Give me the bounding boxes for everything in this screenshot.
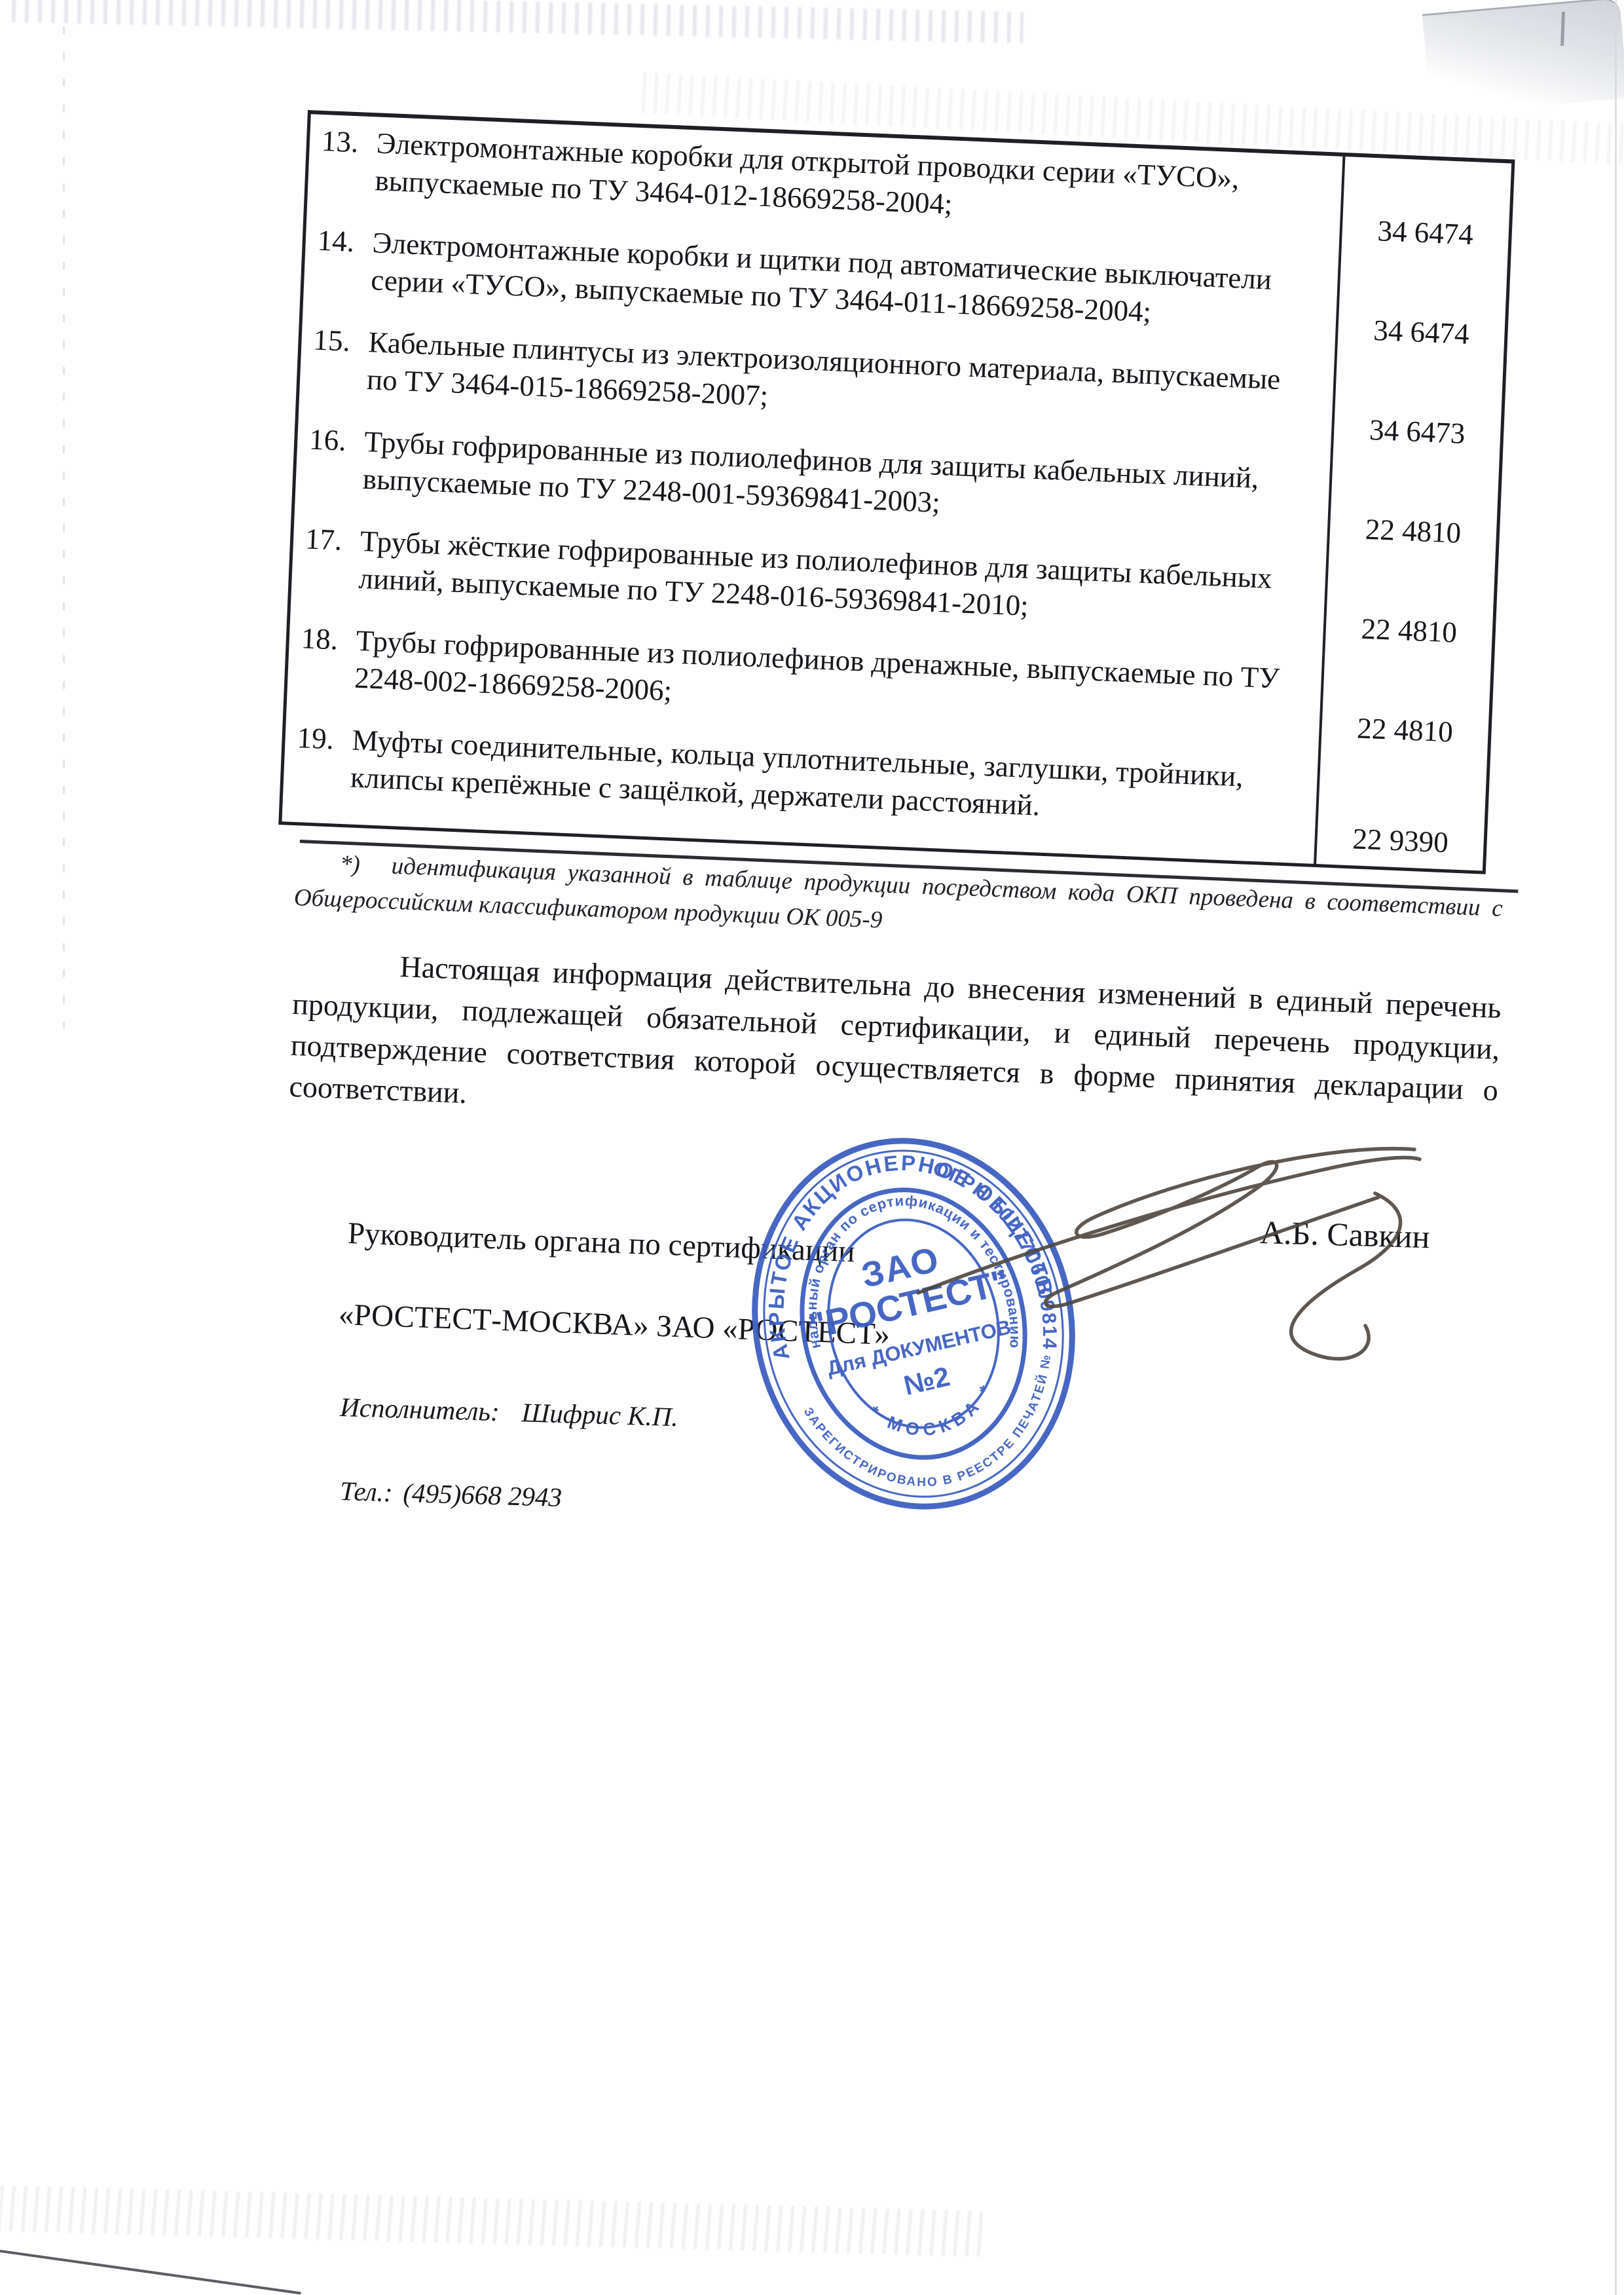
okp-table-body: 13. Электромонтажные коробки для открыто… [282, 114, 1511, 870]
footnote-marker: *) [339, 851, 360, 878]
row-number: 16. [306, 421, 365, 515]
okp-code-cell: 34 6473 [1331, 356, 1504, 462]
scan-edge-bottom [0, 2249, 301, 2294]
scan-noise-top [12, 0, 1024, 43]
okp-code: 34 6473 [1369, 411, 1466, 453]
scan-tick-mark [1560, 12, 1565, 46]
okp-code-cell: 22 4810 [1322, 554, 1495, 660]
row-number: 14. [314, 222, 373, 316]
executor-name: Шифрис К.П. [521, 1397, 678, 1432]
row-number: 15. [310, 322, 369, 415]
handwritten-signature [904, 1107, 1467, 1395]
okp-code: 34 6474 [1373, 312, 1469, 353]
phone-line: Тел.:(495)668 2943 [340, 1475, 563, 1513]
executor-label: Исполнитель: [340, 1392, 500, 1427]
phone-label: Тел.: [340, 1476, 394, 1507]
okp-code: 34 6474 [1377, 212, 1474, 253]
executor-line: Исполнитель:Шифрис К.П. [340, 1391, 679, 1432]
page-corner-shadow [1422, 0, 1624, 115]
row-number: 19. [293, 719, 352, 824]
okp-code-cell: 34 6474 [1338, 157, 1511, 263]
signature-stroke-3 [1291, 1193, 1401, 1359]
phone-number: (495)668 2943 [403, 1478, 563, 1512]
row-number: 17. [303, 520, 361, 614]
okp-code: 22 4810 [1365, 511, 1462, 552]
okp-code-cell: 34 6474 [1335, 256, 1507, 362]
scan-noise-left-edge [63, 26, 65, 1028]
okp-code-cell: 22 9390 [1314, 753, 1487, 870]
row-number: 13. [319, 122, 378, 216]
okp-code-cell: 22 4810 [1326, 455, 1499, 561]
okp-code: 22 4810 [1356, 710, 1453, 751]
okp-codes-table: 13. Электромонтажные коробки для открыто… [278, 110, 1515, 874]
scan-edge-right [1615, 0, 1617, 2295]
okp-code: 22 4810 [1361, 610, 1458, 652]
row-number: 18. [298, 620, 357, 713]
signature-stroke-2 [918, 1157, 1420, 1293]
scanned-certificate-page: 13. Электромонтажные коробки для открыто… [0, 0, 1624, 2295]
scan-noise-bottom [0, 2185, 983, 2256]
signature-stroke-1 [1045, 1149, 1414, 1307]
okp-code: 22 9390 [1352, 820, 1449, 861]
okp-code-cell: 22 4810 [1318, 654, 1491, 760]
